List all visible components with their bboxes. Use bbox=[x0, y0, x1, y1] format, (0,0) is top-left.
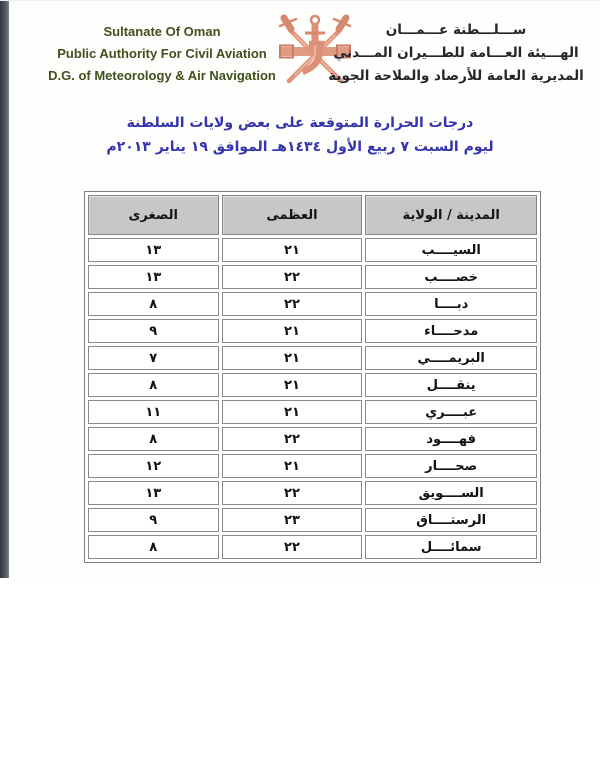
bulletin-title-line-1: درجات الحرارة المتوقعة على بعض ولايات ال… bbox=[9, 111, 591, 135]
cell-city: سمائــــل bbox=[365, 535, 537, 559]
cell-max: ٢١ bbox=[222, 319, 363, 343]
forecast-table-body: السيــــب٢١١٣خصــــب٢٢١٣دبــــا٢٢٨مدحـــ… bbox=[88, 238, 537, 559]
page-binding-strip bbox=[0, 1, 9, 578]
cell-min: ٨ bbox=[88, 292, 219, 316]
org-arabic-line-2: الهـــيئة العـــامة للطـــيران المـــدني bbox=[318, 42, 594, 65]
cell-min: ٩ bbox=[88, 319, 219, 343]
temperature-forecast-table: المدينة / الولاية العظمى الصغرى السيــــ… bbox=[84, 191, 541, 563]
cell-city: مدحــــاء bbox=[365, 319, 537, 343]
table-row: الرستــــاق٢٣٩ bbox=[88, 508, 537, 532]
org-english-line-2: Public Authority For Civil Aviation bbox=[38, 43, 286, 65]
cell-min: ٨ bbox=[88, 535, 219, 559]
table-row: ينقــــل٢١٨ bbox=[88, 373, 537, 397]
cell-city: السيــــب bbox=[365, 238, 537, 262]
table-row: صحــــار٢١١٢ bbox=[88, 454, 537, 478]
cell-city: فهــــود bbox=[365, 427, 537, 451]
cell-max: ٢٢ bbox=[222, 535, 363, 559]
cell-city: صحــــار bbox=[365, 454, 537, 478]
table-row: عبــــري٢١١١ bbox=[88, 400, 537, 424]
cell-max: ٢٣ bbox=[222, 508, 363, 532]
table-row: الســــويق٢٢١٣ bbox=[88, 481, 537, 505]
org-english-line-1: Sultanate Of Oman bbox=[38, 21, 286, 43]
table-row: دبــــا٢٢٨ bbox=[88, 292, 537, 316]
org-english-line-3: D.G. of Meteorology & Air Navigation bbox=[38, 65, 286, 87]
table-row: مدحــــاء٢١٩ bbox=[88, 319, 537, 343]
org-arabic-line-3: المديرية العامة للأرصاد والملاحة الجوية bbox=[318, 65, 594, 88]
col-header-max: العظمى bbox=[222, 195, 363, 235]
org-arabic-line-1: ســـلـــطنة عـــمـــان bbox=[318, 19, 594, 42]
cell-max: ٢٢ bbox=[222, 292, 363, 316]
cell-max: ٢٢ bbox=[222, 265, 363, 289]
cell-city: البريمــــي bbox=[365, 346, 537, 370]
cell-max: ٢٢ bbox=[222, 427, 363, 451]
org-name-arabic: ســـلـــطنة عـــمـــان الهـــيئة العـــا… bbox=[318, 19, 594, 88]
cell-min: ١٣ bbox=[88, 238, 219, 262]
cell-min: ٨ bbox=[88, 373, 219, 397]
document-page: Sultanate Of Oman Public Authority For C… bbox=[0, 0, 600, 773]
cell-max: ٢٢ bbox=[222, 481, 363, 505]
bulletin-title: درجات الحرارة المتوقعة على بعض ولايات ال… bbox=[9, 111, 591, 159]
cell-city: عبــــري bbox=[365, 400, 537, 424]
table-row: فهــــود٢٢٨ bbox=[88, 427, 537, 451]
cell-min: ١٣ bbox=[88, 481, 219, 505]
org-name-english: Sultanate Of Oman Public Authority For C… bbox=[38, 21, 286, 87]
cell-city: ينقــــل bbox=[365, 373, 537, 397]
cell-max: ٢١ bbox=[222, 454, 363, 478]
table-row: السيــــب٢١١٣ bbox=[88, 238, 537, 262]
cell-min: ١٢ bbox=[88, 454, 219, 478]
table-header-row: المدينة / الولاية العظمى الصغرى bbox=[88, 195, 537, 235]
table-row: البريمــــي٢١٧ bbox=[88, 346, 537, 370]
table-row: خصــــب٢٢١٣ bbox=[88, 265, 537, 289]
cell-max: ٢١ bbox=[222, 346, 363, 370]
cell-city: خصــــب bbox=[365, 265, 537, 289]
table-row: سمائــــل٢٢٨ bbox=[88, 535, 537, 559]
cell-min: ١٣ bbox=[88, 265, 219, 289]
cell-min: ٨ bbox=[88, 427, 219, 451]
bulletin-title-line-2: ليوم السبت ٧ ربيع الأول ١٤٣٤هـ الموافق ١… bbox=[9, 135, 591, 159]
cell-city: الرستــــاق bbox=[365, 508, 537, 532]
cell-city: دبــــا bbox=[365, 292, 537, 316]
cell-min: ٧ bbox=[88, 346, 219, 370]
cell-max: ٢١ bbox=[222, 238, 363, 262]
cell-min: ١١ bbox=[88, 400, 219, 424]
col-header-min: الصغرى bbox=[88, 195, 219, 235]
blank-page-area bbox=[0, 578, 600, 773]
scanned-bulletin: Sultanate Of Oman Public Authority For C… bbox=[0, 0, 600, 578]
col-header-city: المدينة / الولاية bbox=[365, 195, 537, 235]
cell-min: ٩ bbox=[88, 508, 219, 532]
cell-city: الســــويق bbox=[365, 481, 537, 505]
cell-max: ٢١ bbox=[222, 373, 363, 397]
cell-max: ٢١ bbox=[222, 400, 363, 424]
